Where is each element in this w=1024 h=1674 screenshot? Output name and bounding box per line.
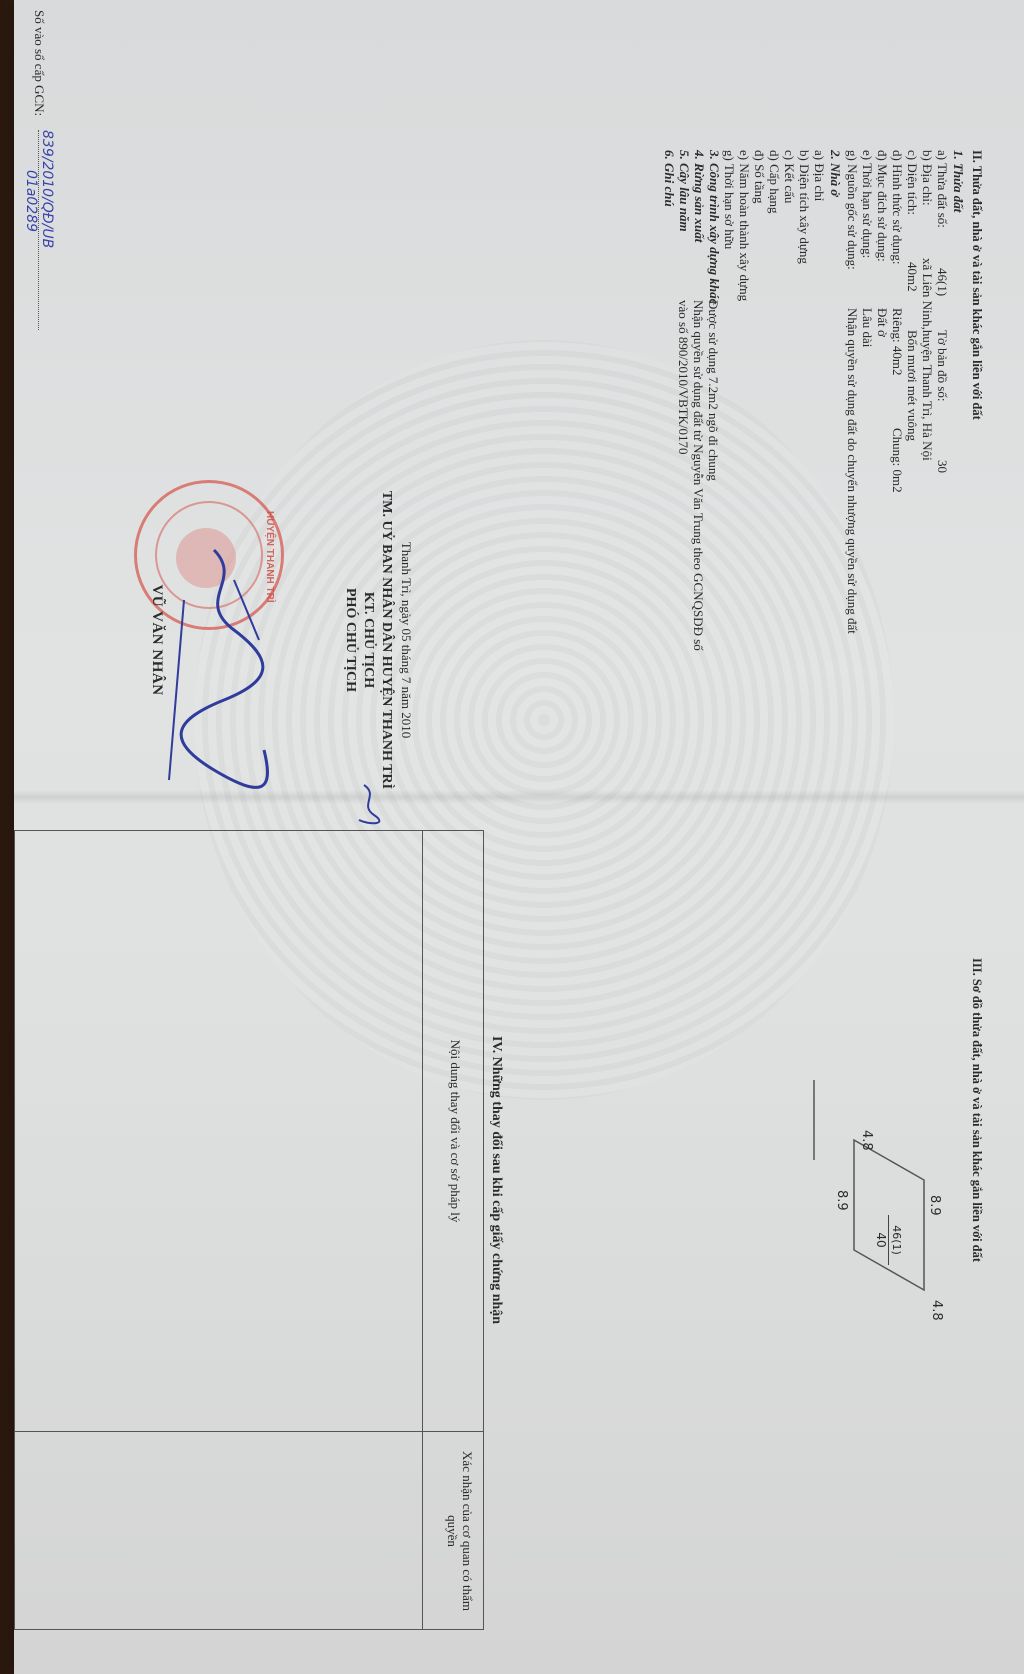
origin-label: g) Nguồn gốc sử dụng: (845, 150, 860, 270)
plot-area: 40 (873, 1215, 888, 1265)
note-line: vào số 890/2010/VBTK/0170 (676, 300, 691, 455)
house-item: a) Địa chỉ (812, 150, 827, 201)
signing-kt: KT. CHỦ TỊCH (361, 470, 376, 810)
other-item: 5. Cây lâu năm (677, 150, 692, 232)
term-label: e) Thời hạn sử dụng: (860, 150, 875, 258)
origin-value: Nhận quyền sử dụng đất do chuyển nhượng … (845, 308, 860, 634)
term-value: Lâu dài (860, 308, 875, 347)
initial-mark (354, 780, 384, 830)
plot-parcel-id: 46(1) (888, 1215, 904, 1265)
section-iii-heading: III. Sơ đồ thửa đất, nhà ở và tài sản kh… (969, 958, 984, 1262)
address-value: xã Liên Ninh,huyện Thanh Trì, Hà Nội (920, 258, 935, 461)
changes-table: Nội dung thay đổi và cơ sở pháp lý Xác n… (14, 830, 484, 1630)
signing-title: PHÓ CHỦ TỊCH (343, 470, 358, 810)
table-column-divider (15, 1431, 483, 1432)
area-label: c) Diện tích: (905, 150, 920, 215)
usage-form-label: d) Hình thức sử dụng: (890, 150, 905, 264)
handwritten-signature (144, 540, 334, 800)
map-sheet-value: 30 (935, 460, 950, 473)
house-item: đ) Số tầng (752, 150, 767, 203)
plot-shape (764, 1040, 964, 1340)
column-header-confirm: Xác nhận của cơ quan có thẩm quyền (445, 1436, 475, 1626)
usage-private: Riêng: 40m2 (890, 308, 905, 376)
parcel-label: a) Thửa đất số: (935, 150, 950, 228)
plot-side-bottom: 8.9 (834, 1190, 849, 1211)
section-ii-heading: II. Thửa đất, nhà ở và tài sản khác gắn … (969, 150, 984, 420)
area-words: Bốn mươi mét vuông (905, 330, 920, 441)
usage-shared: Chung: 0m2 (890, 428, 905, 493)
purpose-label: đ) Mục đích sử dụng: (875, 150, 890, 262)
plot-side-right: 4.8 (929, 1300, 944, 1321)
rotated-document-content: II. Thửa đất, nhà ở và tài sản khác gắn … (14, 0, 1024, 1674)
house-heading: 2. Nhà ở (828, 150, 843, 196)
house-item: g) Thời hạn sở hữu (722, 150, 737, 249)
house-item: b) Diện tích xây dựng (797, 150, 812, 264)
land-heading: 1. Thửa đất (951, 150, 966, 212)
note-line: Nhận quyền sử dụng đất từ Nguyễn Văn Tru… (691, 300, 706, 651)
signer-name: VŨ VĂN NHÂN (149, 470, 164, 810)
area-value: 40m2 (905, 262, 920, 292)
parcel-value: 46(1) (935, 268, 950, 296)
registry-label: Số vào sổ cấp GCN: (32, 10, 47, 116)
address-label: b) Địa chỉ: (920, 150, 935, 206)
note-line: Được sử dụng 7.2m2 ngõ đi chung (706, 300, 721, 481)
registry-value: 839/2010/QĐ/UB (38, 130, 54, 330)
plot-side-left: 4.8 (859, 1130, 874, 1151)
house-item: c) Kết cấu (782, 150, 797, 203)
map-sheet-label: Tờ bản đồ số: (935, 330, 950, 402)
section-iv-heading: IV. Những thay đổi sau khi cấp giấy chứn… (489, 830, 504, 1530)
plot-side-top: 8.9 (927, 1195, 942, 1216)
purpose-value: Đất ở (875, 308, 890, 337)
house-item: d) Cấp hạng (767, 150, 782, 214)
table-header-divider (422, 831, 423, 1629)
other-item: 6. Ghi chú (662, 150, 677, 207)
signing-place-date: Thanh Trì, ngày 05 tháng 7 năm 2010 (399, 470, 414, 810)
registry-value-2: 01a0289 (23, 170, 38, 232)
column-header-content: Nội dung thay đổi và cơ sở pháp lý (448, 831, 463, 1431)
house-item: e) Năm hoàn thành xây dựng (737, 150, 752, 301)
other-item: 3. Công trình xây dựng khác (707, 150, 722, 304)
other-item: 4. Rừng sản xuất (692, 150, 707, 242)
